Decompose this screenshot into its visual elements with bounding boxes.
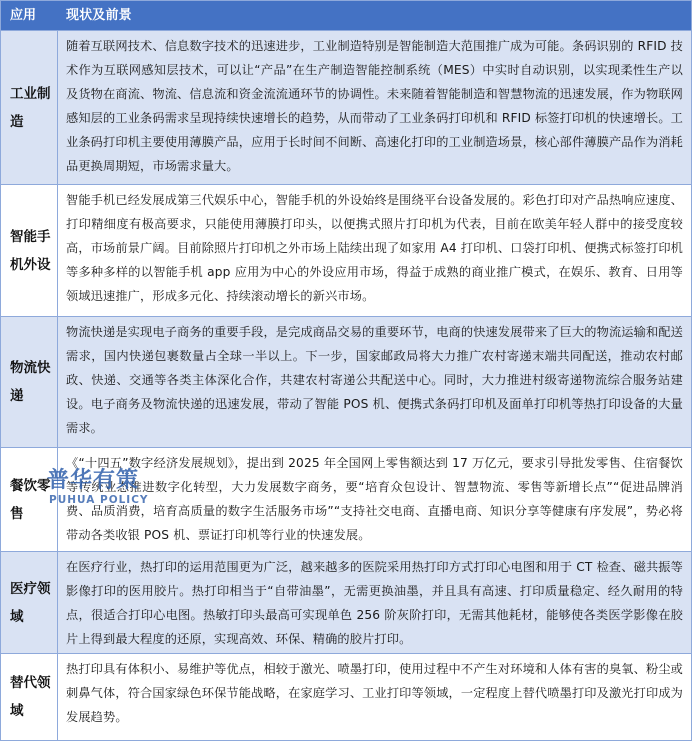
table-row-medical: 医疗领域 在医疗行业，热打印的运用范围更为广泛，越来越多的医院采用热打印方式打印… <box>1 552 691 654</box>
row-label: 替代领域 <box>1 654 58 740</box>
row-text: 物流快递是实现电子商务的重要手段，是完成商品交易的重要环节，电商的快速发展带来了… <box>58 317 691 447</box>
header-application: 应用 <box>1 1 58 30</box>
row-text: 《“十四五”数字经济发展规划》，提出到 2025 年全国网上零售额达到 17 万… <box>58 448 691 551</box>
row-text: 智能手机已经发展成第三代娱乐中心，智能手机的外设始终是围绕平台设备发展的。彩色打… <box>58 185 691 316</box>
table-row-retail: 餐饮零售 《“十四五”数字经济发展规划》，提出到 2025 年全国网上零售额达到… <box>1 448 691 552</box>
row-label: 物流快递 <box>1 317 58 447</box>
row-label: 智能手机外设 <box>1 185 58 316</box>
header-status-prospects: 现状及前景 <box>58 1 691 30</box>
table-row-smartphone: 智能手机外设 智能手机已经发展成第三代娱乐中心，智能手机的外设始终是围绕平台设备… <box>1 185 691 317</box>
table-header: 应用 现状及前景 <box>1 1 691 31</box>
table-row-logistics: 物流快递 物流快递是实现电子商务的重要手段，是完成商品交易的重要环节，电商的快速… <box>1 317 691 448</box>
row-label: 工业制造 <box>1 31 58 184</box>
row-label: 医疗领域 <box>1 552 58 653</box>
row-text: 在医疗行业，热打印的运用范围更为广泛，越来越多的医院采用热打印方式打印心电图和用… <box>58 552 691 653</box>
row-text: 热打印具有体积小、易维护等优点，相较于激光、喷墨打印，使用过程中不产生对环境和人… <box>58 654 691 740</box>
table-row-replacement: 替代领域 热打印具有体积小、易维护等优点，相较于激光、喷墨打印，使用过程中不产生… <box>1 654 691 741</box>
printer-applications-table: 应用 现状及前景 工业制造 随着互联网技术、信息数字技术的迅速进步，工业制造特别… <box>0 0 692 741</box>
table-row-industrial: 工业制造 随着互联网技术、信息数字技术的迅速进步，工业制造特别是智能制造大范围推… <box>1 31 691 185</box>
row-label: 餐饮零售 <box>1 448 58 551</box>
row-text: 随着互联网技术、信息数字技术的迅速进步，工业制造特别是智能制造大范围推广成为可能… <box>58 31 691 184</box>
